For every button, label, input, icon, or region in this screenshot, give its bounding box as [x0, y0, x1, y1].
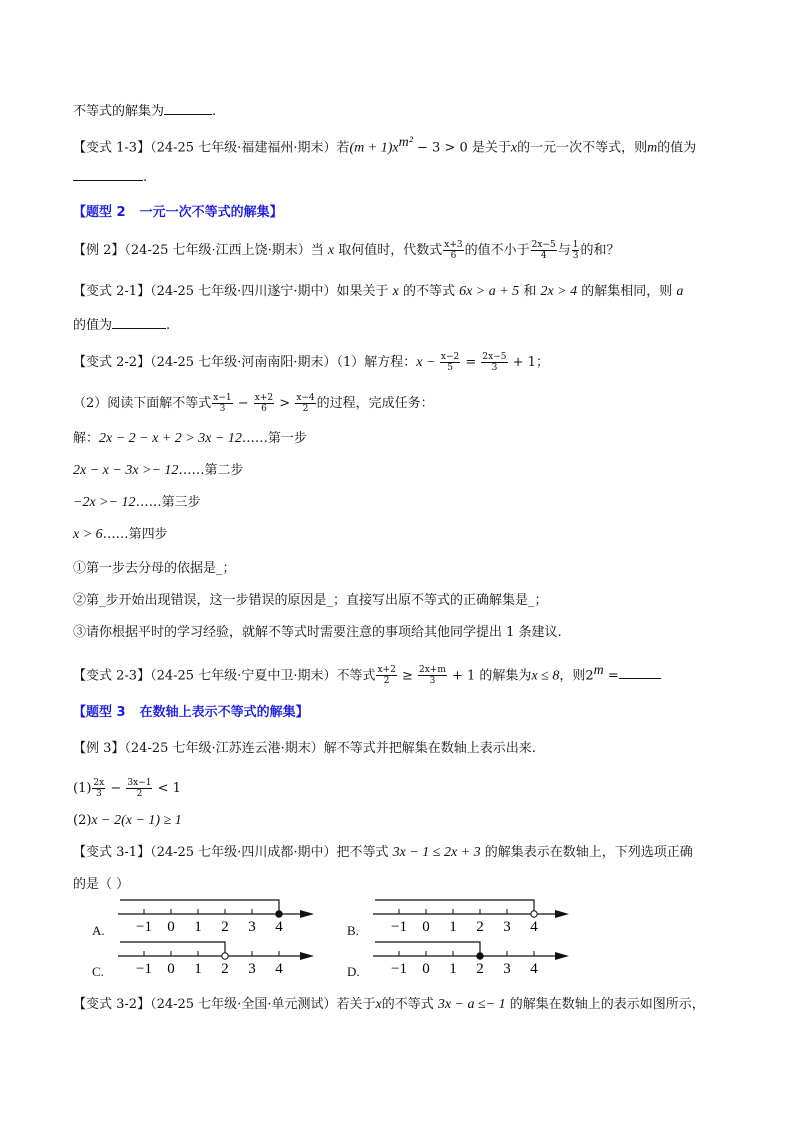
fraction: 2x−53	[481, 352, 507, 373]
math-var: m	[647, 140, 657, 155]
denominator: 2	[302, 404, 310, 414]
section-heading-2: 【题型 2一元一次不等式的解集】	[73, 204, 283, 222]
question-tag: 【变式 2-3】	[73, 668, 150, 683]
denominator: 4	[540, 251, 548, 261]
question-source: （24-25 七年级·江苏连云港·期末）	[124, 741, 323, 756]
numerator: 3x−1	[126, 778, 152, 789]
math-op: −	[106, 781, 125, 796]
static-text: 不等式	[336, 668, 375, 683]
svg-text:2: 2	[221, 919, 229, 935]
static-text: 的是（ ）	[73, 877, 129, 892]
task-1: ①第一步去分母的依据是_；	[73, 560, 236, 578]
fraction: 2x3	[92, 778, 105, 799]
static-text: 的解集在数轴上的表示如图所示，	[506, 997, 705, 1012]
math-expr: − 3 > 0	[413, 140, 468, 155]
static-text: 的值为	[657, 140, 696, 155]
example-3-part-1: (1)2x3 − 3x−12 < 1	[73, 778, 181, 799]
question-source: （24-25 七年级·四川成都·期中）	[150, 845, 336, 860]
math-expr: 2	[585, 668, 593, 683]
svg-text:−1: −1	[391, 919, 407, 935]
static-text: （1）解方程：	[336, 355, 416, 370]
answer-blank[interactable]	[112, 314, 166, 329]
fraction: 2x−54	[531, 240, 557, 261]
svg-text:−1: −1	[136, 961, 152, 977]
question-tag: 【变式 3-2】	[73, 997, 150, 1012]
denominator: 3	[491, 363, 499, 373]
static-text: 的值为	[73, 318, 112, 333]
task-2: ②第_步开始出现错误，这一步错误的原因是_；直接写出原不等式的正确解集是_；	[73, 592, 548, 610]
static-text: ……	[178, 463, 204, 478]
solution-step-3: −2x >− 12……第三步	[73, 494, 201, 512]
svg-text:2: 2	[476, 961, 484, 977]
denominator: 3	[572, 251, 580, 261]
math-var: a	[676, 284, 683, 299]
static-text: 的不等式	[382, 997, 438, 1012]
static-text: 与	[558, 243, 571, 258]
fraction: 13	[572, 240, 580, 261]
solution-step-1: 解：2x − 2 − x + 2 > 3x − 12……第一步	[73, 430, 307, 448]
static-text: 和	[519, 284, 540, 299]
static-text: ……	[242, 431, 268, 446]
question-tag: 【例 3】	[73, 741, 124, 756]
static-text: .	[143, 170, 147, 185]
numerator: x−1	[212, 393, 232, 404]
static-text: ；	[536, 355, 549, 370]
svg-text:0: 0	[167, 919, 175, 935]
question-tag: 【变式 2-2】	[73, 355, 150, 370]
svg-text:2: 2	[476, 919, 484, 935]
denominator: 5	[446, 363, 454, 373]
svg-text:4: 4	[275, 961, 283, 977]
question-variant-2-3: 【变式 2-3】（24-25 七年级·宁夏中卫·期末）不等式x+22 ≥ 2x+…	[73, 662, 661, 686]
svg-text:4: 4	[530, 961, 538, 977]
static-text: 的过程，完成任务：	[317, 396, 434, 411]
fraction: x+36	[443, 240, 463, 261]
question-source: （24-25 七年级·四川遂宁·期中）	[150, 284, 336, 299]
svg-text:1: 1	[194, 961, 202, 977]
denominator: 6	[260, 404, 268, 414]
numerator: x−2	[440, 352, 460, 363]
heading-title: 在数轴上表示不等式的解集】	[140, 705, 309, 720]
number-line-option-d[interactable]: −101234	[369, 934, 579, 982]
number-line-option-b[interactable]: −101234	[369, 892, 579, 940]
question-source: （24-25 七年级·福建福州·期末）	[150, 140, 336, 155]
text-line: （2）阅读下面解不等式x−13 − x+26 > x−42的过程，完成任务：	[73, 393, 434, 414]
answer-blank[interactable]	[164, 100, 212, 115]
question-tag: 【变式 2-1】	[73, 284, 150, 299]
math-expr: x ≤ 8	[531, 668, 559, 683]
math-op: ≥	[398, 668, 417, 683]
static-text: 取何值时，代数式	[334, 243, 442, 258]
static-text: 若关于	[336, 997, 375, 1012]
heading-tag: 【题型 3	[73, 705, 126, 720]
heading-title: 一元一次不等式的解集】	[140, 205, 283, 220]
math-expr: 2x − 2 − x + 2 > 3x − 12	[99, 431, 242, 446]
math-expr: 3x − a ≤− 1	[438, 997, 506, 1012]
fraction: x−13	[212, 393, 232, 414]
numerator: x+2	[254, 393, 274, 404]
denominator: 2	[136, 789, 144, 799]
static-text: 的值不小于	[465, 243, 530, 258]
fraction: x+26	[254, 393, 274, 414]
number-line-option-c[interactable]: −101234	[114, 934, 324, 982]
answer-blank[interactable]	[619, 664, 661, 679]
svg-text:0: 0	[422, 919, 430, 935]
svg-text:4: 4	[530, 919, 538, 935]
numerator: 2x−5	[481, 352, 507, 363]
math-exponent: m²	[399, 135, 413, 150]
numerator: x+3	[443, 240, 463, 251]
static-text: 的和？	[580, 243, 619, 258]
svg-text:3: 3	[503, 919, 511, 935]
static-text: 当	[311, 243, 328, 258]
numerator: x+2	[376, 665, 396, 676]
fraction: x−25	[440, 352, 460, 373]
question-tag: 【例 2】	[73, 243, 124, 258]
example-2: 【例 2】（24-25 七年级·江西上饶·期末）当 x 取何值时，代数式x+36…	[73, 240, 619, 261]
math-op: −	[234, 396, 253, 411]
math-op: =	[604, 668, 619, 683]
math-op: =	[461, 355, 480, 370]
denominator: 3	[219, 404, 227, 414]
svg-text:4: 4	[275, 919, 283, 935]
static-text: 的解集相同，则	[577, 284, 676, 299]
denominator: 6	[450, 251, 458, 261]
static-text: 不等式的解集为	[73, 104, 164, 119]
math-expr: + 1	[509, 355, 536, 370]
svg-text:−1: −1	[136, 919, 152, 935]
step-label: 第一步	[268, 431, 307, 446]
numerator: 2x−5	[531, 240, 557, 251]
question-source: （24-25 七年级·宁夏中卫·期末）	[150, 668, 336, 683]
static-text: ……	[136, 495, 162, 510]
question-source: （24-25 七年级·全国·单元测试）	[150, 997, 336, 1012]
static-text: ……	[103, 527, 129, 542]
math-expr: (m + 1)x	[349, 140, 398, 155]
task-3: ③请你根据平时的学习经验，就解不等式时需要注意的事项给其他同学提出 1 条建议.	[73, 624, 562, 642]
part-label: (1)	[73, 781, 91, 796]
svg-text:0: 0	[167, 961, 175, 977]
question-tag: 【变式 3-1】	[73, 845, 150, 860]
static-text: ，则	[559, 668, 585, 683]
math-op: >	[275, 396, 294, 411]
number-line-option-a[interactable]: −101234	[114, 892, 324, 940]
denominator: 3	[429, 676, 437, 686]
static-text: 的解集表示在数轴上，下列选项正确	[481, 845, 693, 860]
option-label-a[interactable]: A.	[92, 923, 105, 939]
solution-step-2: 2x − x − 3x >− 12……第二步	[73, 462, 243, 480]
svg-text:0: 0	[422, 961, 430, 977]
question-variant-1-3: 【变式 1-3】（24-25 七年级·福建福州·期末）若(m + 1)xm² −…	[73, 134, 696, 157]
math-expr: 2x > 4	[540, 284, 577, 299]
svg-text:1: 1	[449, 919, 457, 935]
numerator: 1	[572, 240, 580, 251]
numerator: 2x+m	[418, 665, 447, 676]
math-expr: 2x − x − 3x >− 12	[73, 463, 178, 478]
static-text: 是关于	[468, 140, 511, 155]
option-label-b[interactable]: B.	[347, 923, 359, 939]
static-text: 如果关于	[336, 284, 392, 299]
question-source: （24-25 七年级·河南南阳·期末）	[150, 355, 336, 370]
text-line: .	[73, 166, 147, 187]
math-expr: 6x > a + 5	[459, 284, 519, 299]
numerator: x−4	[295, 393, 315, 404]
math-expr: x > 6	[73, 527, 103, 542]
question-source: （24-25 七年级·江西上饶·期末）	[124, 243, 310, 258]
step-label: 第四步	[129, 527, 168, 542]
svg-text:3: 3	[503, 961, 511, 977]
static-text: .	[212, 104, 216, 119]
example-3: 【例 3】（24-25 七年级·江苏连云港·期末）解不等式并把解集在数轴上表示出…	[73, 740, 536, 758]
fraction: 2x+m3	[418, 665, 447, 686]
numerator: 2x	[92, 778, 105, 789]
svg-text:−1: −1	[391, 961, 407, 977]
step-label: 第三步	[162, 495, 201, 510]
static-text: 若	[336, 140, 349, 155]
svg-text:1: 1	[449, 961, 457, 977]
question-variant-2-2: 【变式 2-2】（24-25 七年级·河南南阳·期末）（1）解方程：x − x−…	[73, 352, 549, 373]
static-text: .	[166, 318, 170, 333]
static-text: 解：	[73, 431, 99, 446]
static-text: （2）阅读下面解不等式	[73, 396, 211, 411]
solution-step-4: x > 6……第四步	[73, 526, 168, 544]
svg-text:2: 2	[221, 961, 229, 977]
math-expr: x − 2(x − 1) ≥ 1	[91, 813, 181, 828]
static-text: 的不等式	[399, 284, 459, 299]
math-exponent: m	[594, 663, 604, 678]
text-line: 的值为.	[73, 314, 170, 335]
option-label-d[interactable]: D.	[347, 964, 360, 980]
math-expr: −2x >− 12	[73, 495, 136, 510]
question-variant-3-1: 【变式 3-1】（24-25 七年级·四川成都·期中）把不等式 3x − 1 ≤…	[73, 844, 693, 862]
section-heading-3: 【题型 3在数轴上表示不等式的解集】	[73, 704, 309, 722]
static-text: + 1 的解集为	[448, 668, 532, 683]
question-variant-2-1: 【变式 2-1】（24-25 七年级·四川遂宁·期中）如果关于 x 的不等式 6…	[73, 283, 683, 301]
text-line: 不等式的解集为.	[73, 100, 216, 121]
denominator: 3	[95, 789, 103, 799]
math-expr: < 1	[153, 781, 180, 796]
svg-text:3: 3	[248, 919, 256, 935]
option-label-c[interactable]: C.	[92, 964, 104, 980]
math-expr: 3x − 1 ≤ 2x + 3	[393, 845, 481, 860]
question-variant-3-2: 【变式 3-2】（24-25 七年级·全国·单元测试）若关于x的不等式 3x −…	[73, 996, 705, 1014]
svg-text:1: 1	[194, 919, 202, 935]
denominator: 2	[383, 676, 391, 686]
static-text: 解不等式并把解集在数轴上表示出来.	[324, 741, 536, 756]
fraction: 3x−12	[126, 778, 152, 799]
step-label: 第二步	[204, 463, 243, 478]
svg-text:3: 3	[248, 961, 256, 977]
fraction: x−42	[295, 393, 315, 414]
static-text: 的一元一次不等式，则	[517, 140, 647, 155]
answer-blank[interactable]	[73, 166, 143, 181]
heading-tag: 【题型 2	[73, 205, 126, 220]
question-tag: 【变式 1-3】	[73, 140, 150, 155]
part-label: (2)	[73, 813, 91, 828]
static-text: 把不等式	[336, 845, 392, 860]
example-3-part-2: (2)x − 2(x − 1) ≥ 1	[73, 812, 182, 830]
math-expr: x −	[416, 355, 439, 370]
fraction: x+22	[376, 665, 396, 686]
